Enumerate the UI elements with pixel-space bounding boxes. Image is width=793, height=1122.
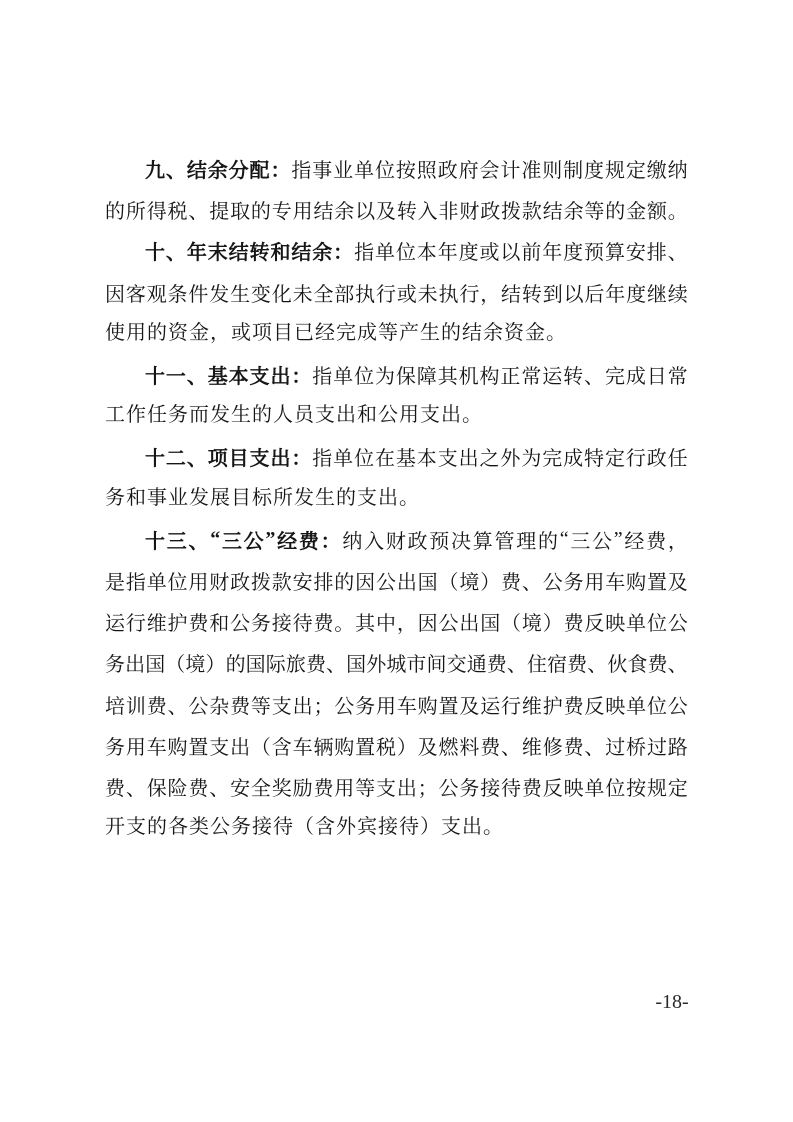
text-line: 九、结余分配：指事业单位按照政府会计准则制度规定缴纳 (105, 148, 688, 189)
paragraph: 九、结余分配：指事业单位按照政府会计准则制度规定缴纳的所得税、提取的专用结余以及… (105, 148, 688, 230)
document-body: 九、结余分配：指事业单位按照政府会计准则制度规定缴纳的所得税、提取的专用结余以及… (105, 148, 688, 848)
text-line: 工作任务而发生的人员支出和公用支出。 (105, 395, 688, 436)
text-line: 十、年末结转和结余：指单位本年度或以前年度预算安排、 (105, 230, 688, 271)
paragraph: 十一、基本支出：指单位为保障其机构正常运转、完成日常工作任务而发生的人员支出和公… (105, 354, 688, 436)
text-line: 费、保险费、安全奖励费用等支出；公务接待费反映单位按规定 (105, 766, 688, 807)
text-line: 务出国（境）的国际旅费、国外城市间交通费、住宿费、伙食费、 (105, 642, 688, 683)
text-line: 是指单位用财政拨款安排的因公出国（境）费、公务用车购置及 (105, 560, 688, 601)
text-line: 培训费、公杂费等支出；公务用车购置及运行维护费反映单位公 (105, 683, 688, 724)
text-line: 务和事业发展目标所发生的支出。 (105, 478, 688, 519)
page-number: -18- (648, 991, 696, 1014)
text-line: 十二、项目支出：指单位在基本支出之外为完成特定行政任 (105, 436, 688, 477)
text-line: 务用车购置支出（含车辆购置税）及燃料费、维修费、过桥过路 (105, 725, 688, 766)
text-line: 十三、“三公”经费：纳入财政预决算管理的“三公”经费， (105, 519, 688, 560)
text-line: 十一、基本支出：指单位为保障其机构正常运转、完成日常 (105, 354, 688, 395)
paragraph: 十二、项目支出：指单位在基本支出之外为完成特定行政任务和事业发展目标所发生的支出… (105, 436, 688, 518)
text-line: 开支的各类公务接待（含外宾接待）支出。 (105, 807, 688, 848)
document-page: 九、结余分配：指事业单位按照政府会计准则制度规定缴纳的所得税、提取的专用结余以及… (0, 0, 793, 1122)
paragraph: 十、年末结转和结余：指单位本年度或以前年度预算安排、因客观条件发生变化未全部执行… (105, 230, 688, 354)
paragraph: 十三、“三公”经费：纳入财政预决算管理的“三公”经费，是指单位用财政拨款安排的因… (105, 519, 688, 849)
text-line: 使用的资金，或项目已经完成等产生的结余资金。 (105, 313, 688, 354)
text-line: 运行维护费和公务接待费。其中，因公出国（境）费反映单位公 (105, 601, 688, 642)
text-line: 因客观条件发生变化未全部执行或未执行，结转到以后年度继续 (105, 272, 688, 313)
text-line: 的所得税、提取的专用结余以及转入非财政拨款结余等的金额。 (105, 189, 688, 230)
